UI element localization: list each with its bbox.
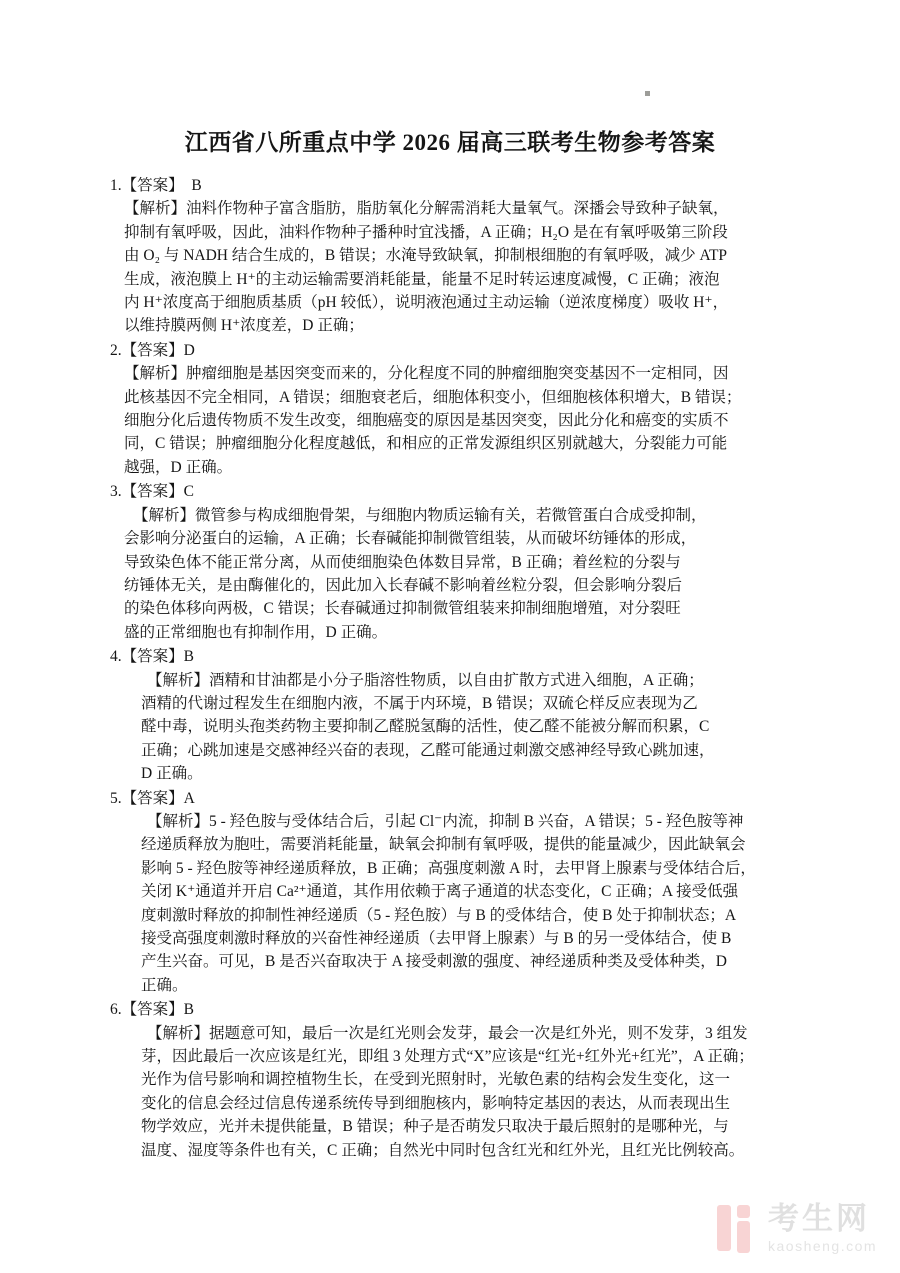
- analysis-line: 细胞分化后遗传物质不发生改变，细胞癌变的原因是基因突变，因此分化和癌变的实质不: [124, 409, 800, 432]
- analysis-line: 导致染色体不能正常分离，从而使细胞染色体数目异常，B 正确；着丝粒的分裂与: [124, 551, 800, 574]
- analysis-line: D 正确。: [141, 762, 800, 785]
- analysis-line: 生成，液泡膜上 H⁺的主动运输需要消耗能量，能量不足时转运速度减慢，C 正确；液…: [124, 268, 800, 291]
- question-number: 5.: [110, 790, 122, 807]
- analysis-line: 纺锤体无关，是由酶催化的，因此加入长春碱不影响着丝粒分裂，但会影响分裂后: [124, 574, 800, 597]
- question-number: 3.: [110, 483, 122, 500]
- analysis-line: 此核基因不完全相同，A 错误；细胞衰老后，细胞体积变小，但细胞核体积增大，B 错…: [124, 386, 800, 409]
- analysis-line: 醛中毒，说明头孢类药物主要抑制乙醛脱氢酶的活性，使乙醛不能被分解而积累，C: [141, 715, 800, 738]
- scan-artifact-dot: [645, 91, 650, 96]
- question-number: 2.: [110, 342, 122, 359]
- answer-item: 6.【答案】B 【解析】据题意可知，最后一次是红光则会发芽，最会一次是红外光，则…: [110, 998, 800, 1162]
- answer-label: 【答案】: [122, 177, 184, 194]
- analysis-line: 接受高强度刺激时释放的兴奋性神经递质（去甲肾上腺素）与 B 的另一受体结合，使 …: [141, 927, 800, 950]
- answer-item: 5.【答案】A 【解析】5 - 羟色胺与受体结合后，引起 Cl⁻内流，抑制 B …: [110, 787, 800, 998]
- answer-line: 5.【答案】A: [110, 787, 800, 810]
- analysis-line: 度刺激时释放的抑制性神经递质（5 - 羟色胺）与 B 的受体结合，使 B 处于抑…: [141, 904, 800, 927]
- analysis-line: 【解析】微管参与构成细胞骨架，与细胞内物质运输有关，若微管蛋白合成受抑制，: [124, 504, 800, 527]
- analysis-paragraph: 【解析】5 - 羟色胺与受体结合后，引起 Cl⁻内流，抑制 B 兴奋，A 错误；…: [110, 810, 800, 997]
- question-number: 4.: [110, 648, 122, 665]
- analysis-line: 光作为信号影响和调控植物生长，在受到光照射时，光敏色素的结构会发生变化，这一: [141, 1068, 800, 1091]
- answer-label: 【答案】: [122, 648, 184, 665]
- analysis-line: 【解析】5 - 羟色胺与受体结合后，引起 Cl⁻内流，抑制 B 兴奋，A 错误；…: [141, 810, 800, 833]
- answer-label: 【答案】: [122, 342, 184, 359]
- analysis-line: 越强，D 正确。: [124, 456, 800, 479]
- analysis-line: 的染色体移向两极，C 错误；长春碱通过抑制微管组装来抑制细胞增殖，对分裂旺: [124, 597, 800, 620]
- analysis-paragraph: 【解析】肿瘤细胞是基因突变而来的，分化程度不同的肿瘤细胞突变基因不一定相同，因此…: [110, 362, 800, 479]
- analysis-paragraph: 【解析】酒精和甘油都是小分子脂溶性物质，以自由扩散方式进入细胞，A 正确；酒精的…: [110, 669, 800, 786]
- answer-item: 2.【答案】D 【解析】肿瘤细胞是基因突变而来的，分化程度不同的肿瘤细胞突变基因…: [110, 339, 800, 479]
- analysis-line: 变化的信息会经过信息传递系统传导到细胞核内，影响特定基因的表达，从而表现出生: [141, 1092, 800, 1115]
- answer-value: B: [184, 1001, 194, 1018]
- answer-label: 【答案】: [122, 483, 184, 500]
- answer-label: 【答案】: [122, 790, 184, 807]
- analysis-line: 内 H⁺浓度高于细胞质基质（pH 较低），说明液泡通过主动运输（逆浓度梯度）吸收…: [124, 291, 800, 314]
- answer-value: A: [184, 790, 195, 807]
- document-page: 江西省八所重点中学 2026 届高三联考生物参考答案 1.【答案】 B 【解析】…: [0, 0, 900, 1273]
- answer-line: 4.【答案】B: [110, 645, 800, 668]
- answer-value: C: [184, 483, 194, 500]
- answer-line: 1.【答案】 B: [110, 174, 800, 197]
- answer-item: 3.【答案】C 【解析】微管参与构成细胞骨架，与细胞内物质运输有关，若微管蛋白合…: [110, 480, 800, 644]
- answer-value: D: [184, 342, 195, 359]
- answer-line: 3.【答案】C: [110, 480, 800, 503]
- answer-value: B: [184, 177, 202, 194]
- analysis-paragraph: 【解析】据题意可知，最后一次是红光则会发芽，最会一次是红外光，则不发芽，3 组发…: [110, 1022, 800, 1162]
- answer-item: 4.【答案】B 【解析】酒精和甘油都是小分子脂溶性物质，以自由扩散方式进入细胞，…: [110, 645, 800, 785]
- question-number: 6.: [110, 1001, 122, 1018]
- analysis-line: 同，C 错误；肿瘤细胞分化程度越低，和相应的正常发源组织区别就越大，分裂能力可能: [124, 432, 800, 455]
- analysis-line: 盛的正常细胞也有抑制作用，D 正确。: [124, 621, 800, 644]
- analysis-line: 产生兴奋。可见，B 是否兴奋取决于 A 接受刺激的强度、神经递质种类及受体种类，…: [141, 950, 800, 973]
- answer-value: B: [184, 648, 194, 665]
- analysis-line: 会影响分泌蛋白的运输，A 正确；长春碱能抑制微管组装，从而破坏纺锤体的形成，: [124, 527, 800, 550]
- analysis-line: 关闭 K⁺通道并开启 Ca²⁺通道，其作用依赖于离子通道的状态变化，C 正确；A…: [141, 880, 800, 903]
- analysis-line: 【解析】肿瘤细胞是基因突变而来的，分化程度不同的肿瘤细胞突变基因不一定相同，因: [124, 362, 800, 385]
- watermark-site-domain: kaosheng.com: [768, 1238, 877, 1254]
- analysis-line: 【解析】据题意可知，最后一次是红光则会发芽，最会一次是红外光，则不发芽，3 组发: [141, 1022, 800, 1045]
- kaosheng-watermark: 考生网 kaosheng.com: [717, 1202, 877, 1257]
- answer-item: 1.【答案】 B 【解析】油料作物种子富含脂肪，脂肪氧化分解需消耗大量氧气。深播…: [110, 174, 800, 338]
- analysis-line: 影响 5 - 羟色胺等神经递质释放，B 正确；高强度刺激 A 时，去甲肾上腺素与…: [141, 857, 800, 880]
- analysis-line: 芽，因此最后一次应该是红光，即组 3 处理方式“X”应该是“红光+红外光+红光”…: [141, 1045, 800, 1068]
- answer-line: 6.【答案】B: [110, 998, 800, 1021]
- analysis-line: 正确；心跳加速是交感神经兴奋的表现，乙醛可能通过刺激交感神经导致心跳加速，: [141, 739, 800, 762]
- scan-artifact-dot: [221, 1150, 224, 1153]
- analysis-line: 【解析】油料作物种子富含脂肪，脂肪氧化分解需消耗大量氧气。深播会导致种子缺氧，: [124, 197, 800, 220]
- analysis-line: 以维持膜两侧 H⁺浓度差，D 正确；: [124, 314, 800, 337]
- answer-label: 【答案】: [122, 1001, 184, 1018]
- analysis-line: 正确。: [141, 974, 800, 997]
- analysis-paragraph: 【解析】微管参与构成细胞骨架，与细胞内物质运输有关，若微管蛋白合成受抑制，会影响…: [110, 504, 800, 644]
- question-number: 1.: [110, 177, 122, 194]
- analysis-line: 物学效应，光并未提供能量，B 错误；种子是否萌发只取决于最后照射的是哪种光，与: [141, 1115, 800, 1138]
- analysis-line: 酒精的代谢过程发生在细胞内液，不属于内环境，B 错误；双硫仑样反应表现为乙: [141, 692, 800, 715]
- analysis-line: 经递质释放为胞吐，需要消耗能量，缺氧会抑制有氧呼吸，提供的能量减少，因此缺氧会: [141, 833, 800, 856]
- page-title: 江西省八所重点中学 2026 届高三联考生物参考答案: [0, 0, 900, 157]
- answer-list: 1.【答案】 B 【解析】油料作物种子富含脂肪，脂肪氧化分解需消耗大量氧气。深播…: [0, 174, 900, 1162]
- analysis-line: 【解析】酒精和甘油都是小分子脂溶性物质，以自由扩散方式进入细胞，A 正确；: [141, 669, 800, 692]
- analysis-line: 由 O₂ 与 NADH 结合生成的，B 错误；水淹导致缺氧，抑制根细胞的有氧呼吸…: [124, 244, 800, 267]
- kaosheng-logo-icon: [717, 1205, 751, 1257]
- watermark-site-name: 考生网: [768, 1202, 877, 1236]
- analysis-paragraph: 【解析】油料作物种子富含脂肪，脂肪氧化分解需消耗大量氧气。深播会导致种子缺氧，抑…: [110, 197, 800, 337]
- answer-line: 2.【答案】D: [110, 339, 800, 362]
- analysis-line: 抑制有氧呼吸，因此，油料作物种子播种时宜浅播，A 正确；H₂O 是在有氧呼吸第三…: [124, 221, 800, 244]
- analysis-line: 温度、湿度等条件也有关，C 正确；自然光中同时包含红光和红外光，且红光比例较高。: [141, 1139, 800, 1162]
